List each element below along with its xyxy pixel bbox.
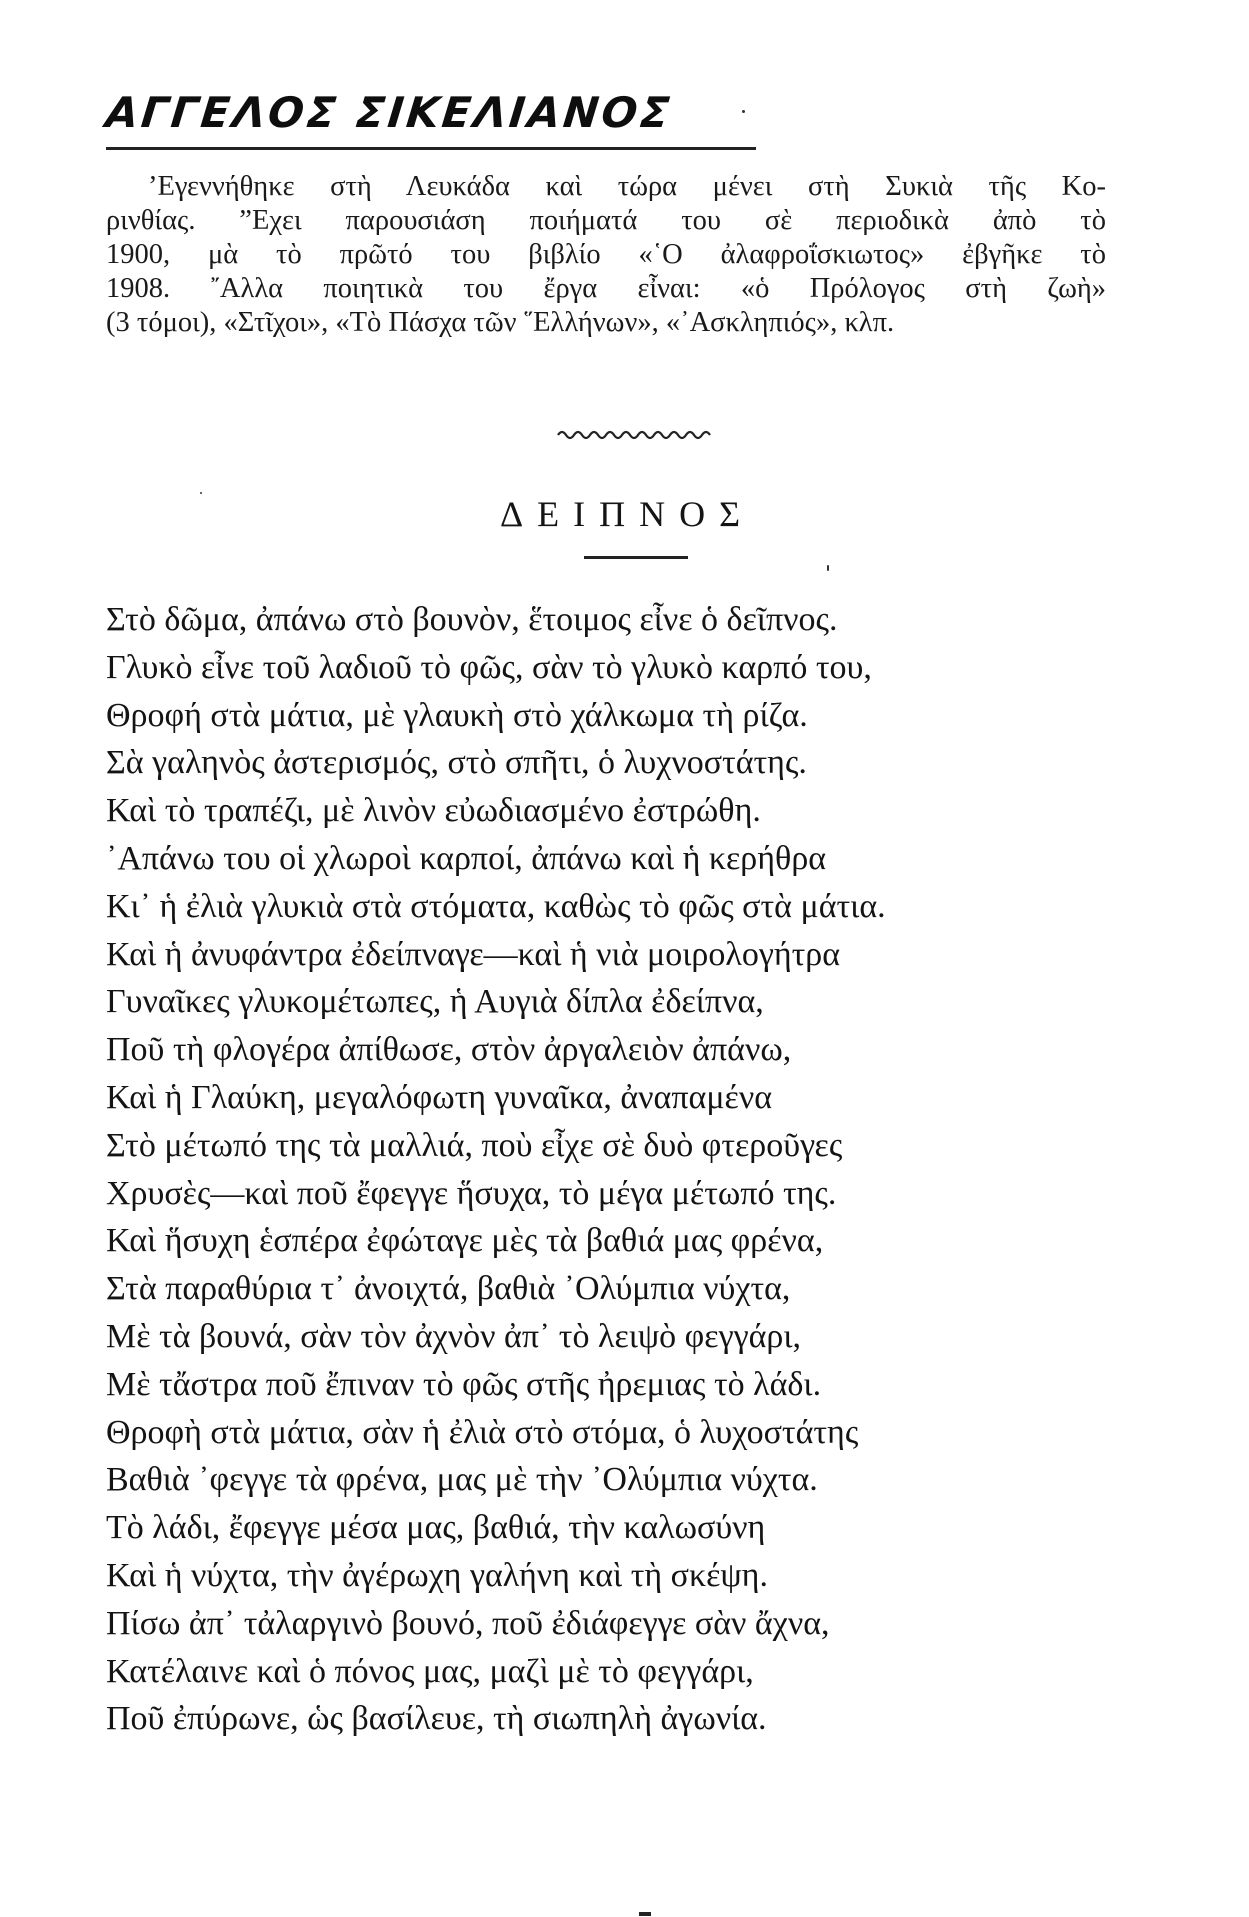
poem-verse: Μὲ τἄστρα ποῦ ἔπιναν τὸ φῶς στῆς ἠρεμιας… xyxy=(106,1361,1146,1409)
poem-verse: Καὶ ἥσυχη ἑσπέρα ἐφώταγε μὲς τὰ βαθιά μα… xyxy=(106,1217,1146,1265)
poem-verse: Βαθιὰ ᾿φεγγε τὰ φρένα, μας μὲ τὴν ᾿Ολύμπ… xyxy=(106,1456,1146,1504)
bio-line: ρινθίας. ”Εχει παρουσιάση ποιήματά του σ… xyxy=(106,204,1106,238)
poem-verse: Στὸ δῶμα, ἀπάνω στὸ βουνὸν, ἕτοιμος εἶνε… xyxy=(106,596,1146,644)
poem-body: Στὸ δῶμα, ἀπάνω στὸ βουνὸν, ἕτοιμος εἶνε… xyxy=(106,596,1146,1743)
scan-speck xyxy=(742,110,745,113)
author-biography: ’Εγεννήθηκε στὴ Λευκάδα καὶ τώρα μένει σ… xyxy=(106,170,1106,340)
poem-verse: Ποῦ ἐπύρωνε, ὡς βασίλευε, τὴ σιωπηλὴ ἀγω… xyxy=(106,1695,1146,1743)
author-heading: ΑΓΓΕΛΟΣ ΣΙΚΕΛΙΑΝΟΣ xyxy=(104,92,674,134)
poem-verse: Θροφή στὰ μάτια, μὲ γλαυκὴ στὸ χάλκωμα τ… xyxy=(106,692,1146,740)
poem-verse: Καὶ τὸ τραπέζι, μὲ λινὸν εὐωδιασμένο ἐστ… xyxy=(106,787,1146,835)
title-underline xyxy=(584,556,688,559)
author-underline xyxy=(106,147,756,150)
poem-verse: Πίσω ἀπ᾿ τἀλαργινὸ βουνό, ποῦ ἐδιάφεγγε … xyxy=(106,1600,1146,1648)
poem-verse: Στὸ μέτωπό της τὰ μαλλιά, ποὺ εἶχε σὲ δυ… xyxy=(106,1122,1146,1170)
page-mark xyxy=(639,1912,651,1916)
bio-line: 1900, μὰ τὸ πρῶτό του βιβλίο «῾Ο ἀλαφροΐ… xyxy=(106,238,1106,272)
poem-verse: Στὰ παραθύρια τ᾿ ἀνοιχτά, βαθιὰ ᾿Ολύμπια… xyxy=(106,1265,1146,1313)
poem-verse: Χρυσὲς—καὶ ποῦ ἔφεγγε ἥσυχα, τὸ μέγα μέτ… xyxy=(106,1170,1146,1218)
poem-verse: Καὶ ἡ Γλαύκη, μεγαλόφωτη γυναῖκα, ἀναπαμ… xyxy=(106,1074,1146,1122)
bio-line: 1908. ῎Αλλα ποιητικὰ του ἔργα εἶναι: «ὁ … xyxy=(106,272,1106,306)
poem-title: ΔΕΙΠΝΟΣ xyxy=(500,496,754,532)
bio-line: ’Εγεννήθηκε στὴ Λευκάδα καὶ τώρα μένει σ… xyxy=(106,170,1106,204)
scanned-page: ΑΓΓΕΛΟΣ ΣΙΚΕΛΙΑΝΟΣ ’Εγεννήθηκε στὴ Λευκά… xyxy=(0,0,1249,1917)
poem-verse: Τὸ λάδι, ἔφεγγε μέσα μας, βαθιά, τὴν καλ… xyxy=(106,1504,1146,1552)
bio-line: (3 τόμοι), «Στῖχοι», «Τὸ Πάσχα τῶν ῞Ελλή… xyxy=(106,306,1106,340)
poem-verse: Κι᾿ ἡ ἐλιὰ γλυκιὰ στὰ στόματα, καθὼς τὸ … xyxy=(106,883,1146,931)
poem-verse: Καὶ ἡ νύχτα, τὴν ἀγέρωχη γαλήνη καὶ τὴ σ… xyxy=(106,1552,1146,1600)
poem-verse: Μὲ τὰ βουνά, σὰν τὸν ἀχνὸν ἀπ᾿ τὸ λειψὸ … xyxy=(106,1313,1146,1361)
wavy-divider-icon xyxy=(556,428,716,442)
poem-verse: ᾿Απάνω του οἱ χλωροὶ καρποί, ἀπάνω καὶ ἡ… xyxy=(106,835,1146,883)
poem-verse: Γυναῖκες γλυκομέτωπες, ἡ Αυγιὰ δίπλα ἐδε… xyxy=(106,978,1146,1026)
poem-verse: Γλυκὸ εἶνε τοῦ λαδιοῦ τὸ φῶς, σὰν τὸ γλυ… xyxy=(106,644,1146,692)
scan-speck xyxy=(827,565,829,571)
poem-verse: Σὰ γαληνὸς ἀστερισμός, στὸ σπῆτι, ὁ λυχν… xyxy=(106,739,1146,787)
poem-verse: Θροφὴ στὰ μάτια, σὰν ἡ ἐλιὰ στὸ στόμα, ὁ… xyxy=(106,1409,1146,1457)
poem-verse: Κατέλαινε καὶ ὁ πόνος μας, μαζὶ μὲ τὸ φε… xyxy=(106,1648,1146,1696)
scan-speck xyxy=(200,492,202,494)
poem-verse: Καὶ ἡ ἀνυφάντρα ἐδείπναγε—καὶ ἡ νιὰ μοιρ… xyxy=(106,931,1146,979)
poem-verse: Ποῦ τὴ φλογέρα ἀπίθωσε, στὸν ἀργαλειὸν ἀ… xyxy=(106,1026,1146,1074)
